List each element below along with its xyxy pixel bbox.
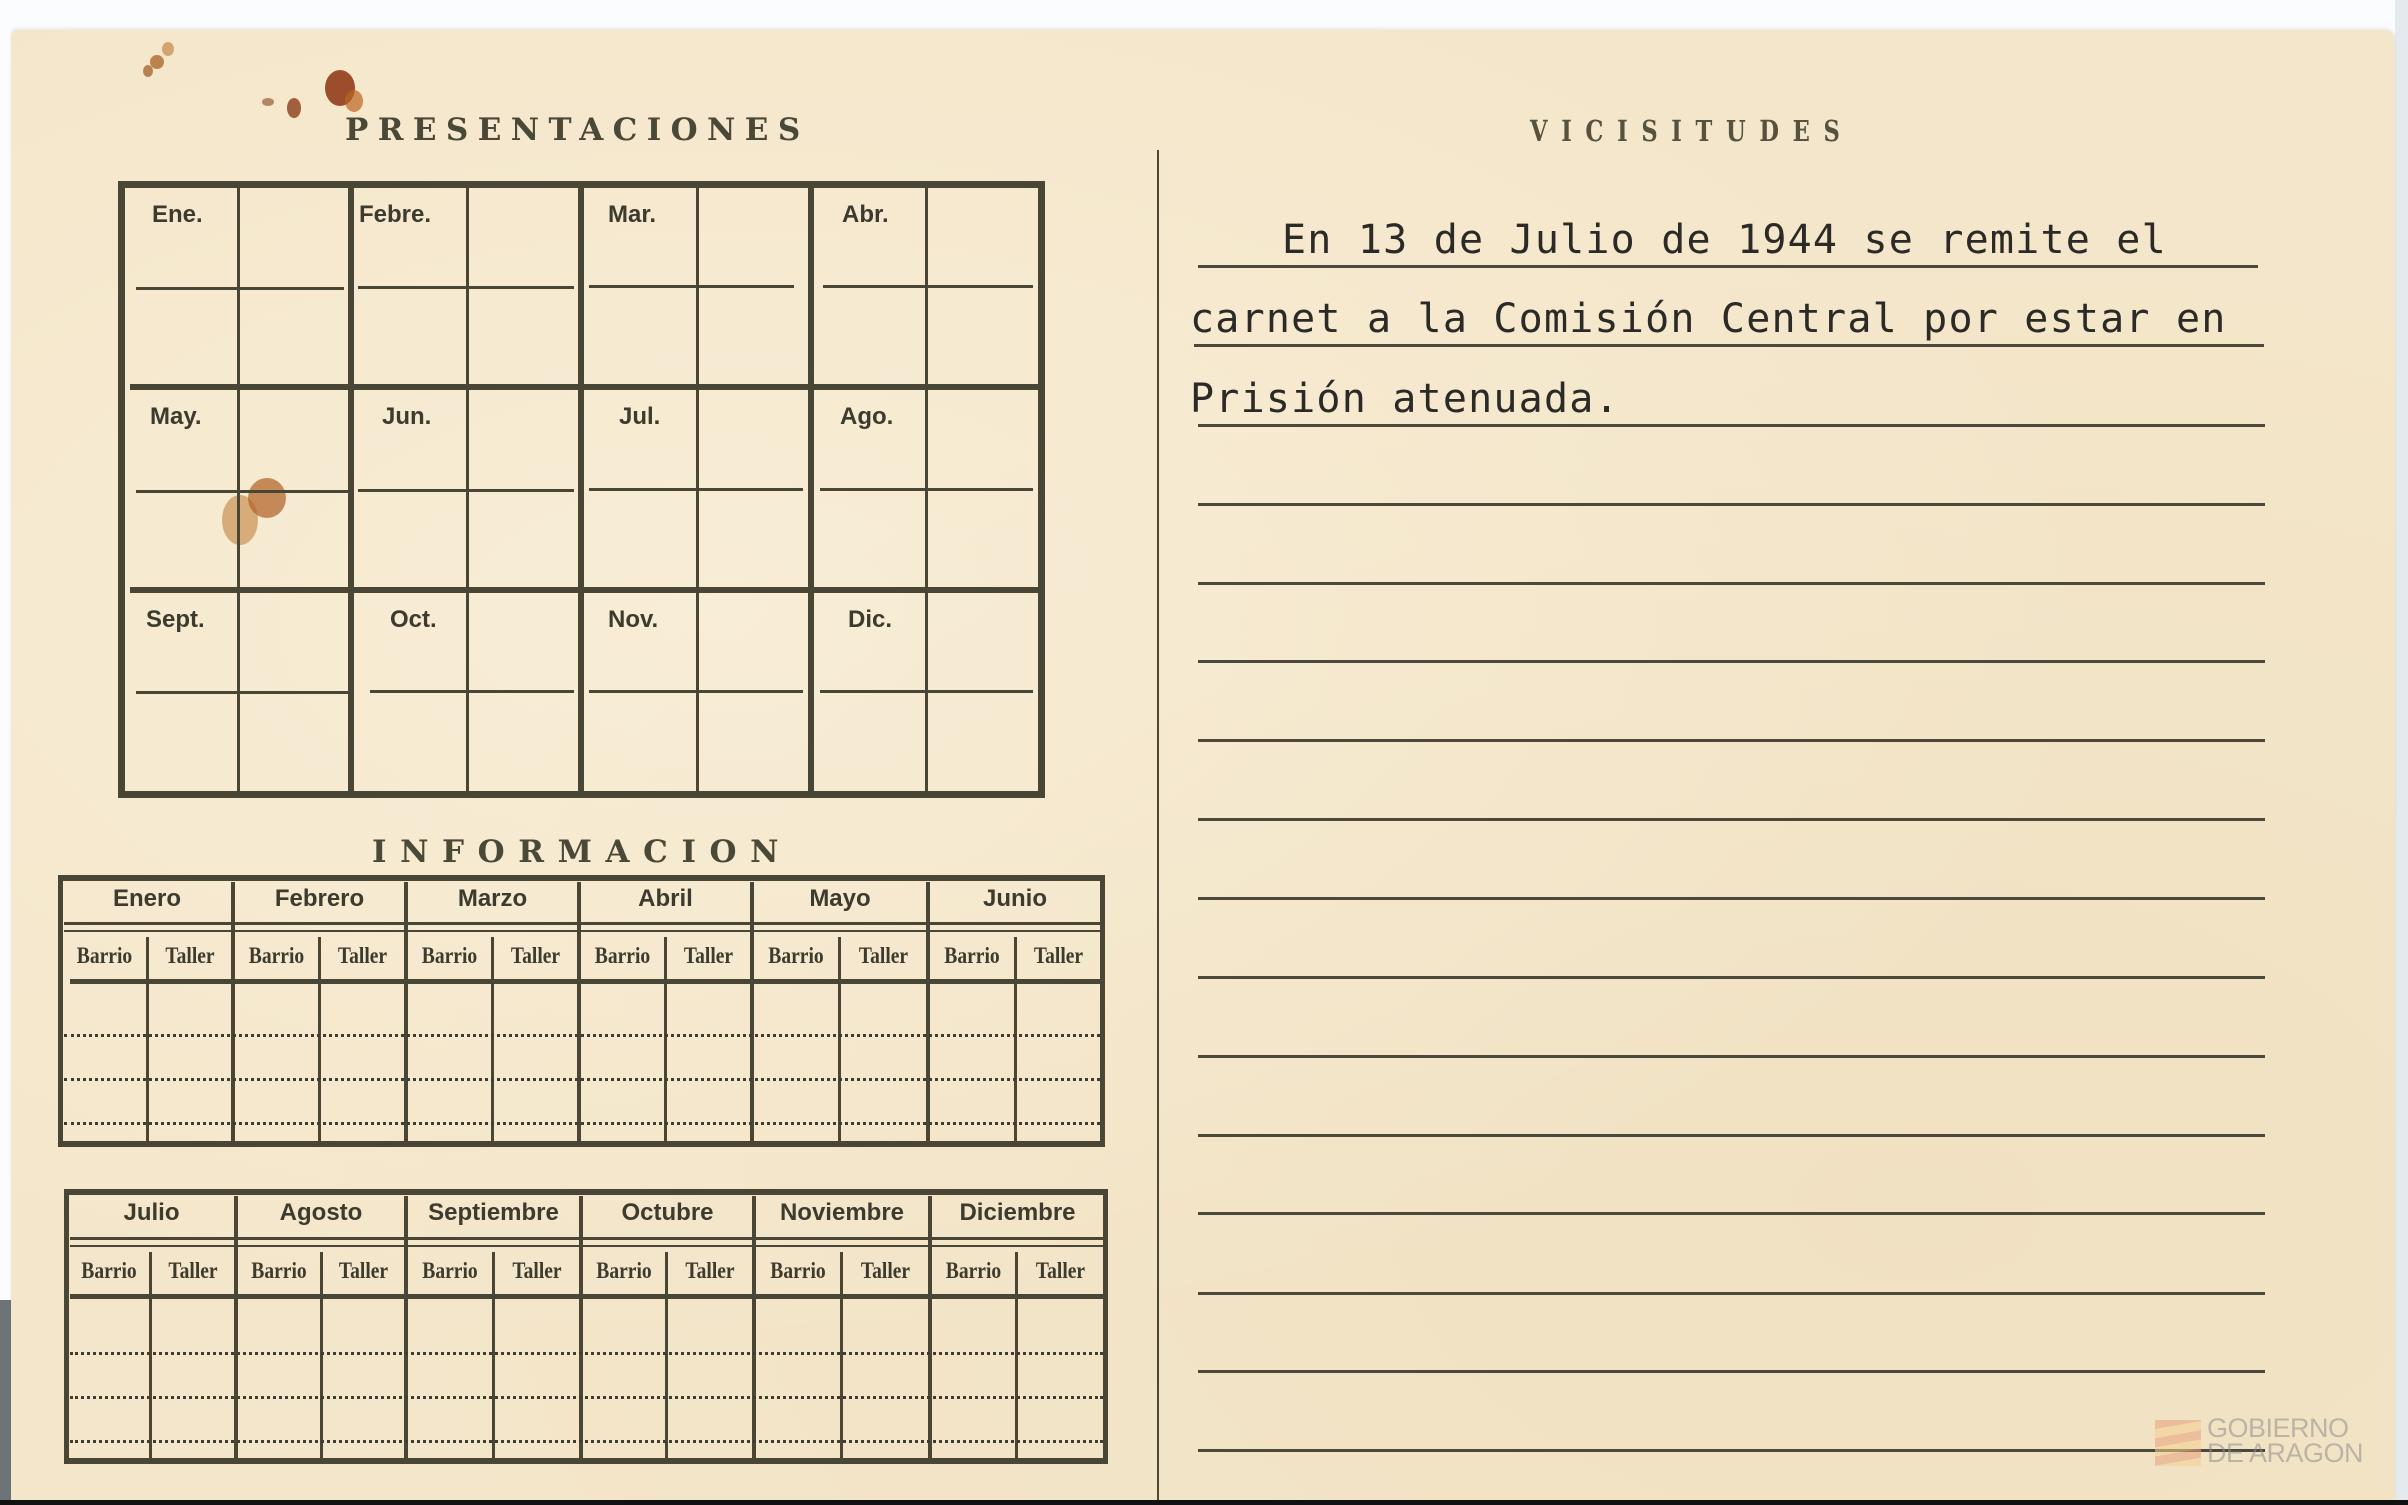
month-header-enero: Enero (63, 885, 231, 913)
header-double-line (70, 1245, 1103, 1247)
month-label-may: May. (150, 403, 202, 431)
table-border-top (58, 875, 1105, 881)
ruled-line (1198, 1449, 2265, 1452)
presentaciones-heading: PRESENTACIONES (345, 112, 810, 148)
ruled-line (1198, 265, 2258, 268)
grid-inner-h (589, 690, 803, 693)
subheader-barrio: Barrio (760, 943, 831, 969)
table-border-bottom (64, 1458, 1108, 1464)
month-label-mar: Mar. (608, 201, 656, 229)
month-header-mayo: Mayo (754, 885, 926, 913)
sub-divider (838, 937, 841, 1142)
sub-divider (665, 1252, 668, 1460)
scan-edge-bottom (0, 1500, 2408, 1505)
subheader-barrio: Barrio (244, 1258, 314, 1284)
grid-inner-h (370, 690, 574, 693)
scan-edge-right (2395, 0, 2408, 1505)
month-label-ago: Ago. (840, 403, 893, 431)
sub-divider (664, 937, 667, 1142)
subheader-barrio: Barrio (589, 1258, 659, 1284)
sub-divider (840, 1252, 843, 1460)
subheader-barrio: Barrio (587, 943, 658, 969)
table-border-left (64, 1189, 69, 1464)
table-border-top (64, 1189, 1108, 1195)
month-label-jun: Jun. (382, 403, 431, 431)
typed-line-3: Prisión atenuada. (1190, 376, 1620, 422)
subheader-taller: Taller (673, 943, 744, 969)
grid-inner-h (358, 489, 574, 492)
sub-divider (146, 937, 149, 1142)
sub-divider (491, 937, 494, 1142)
stain-spot (162, 42, 174, 56)
ruled-line (1198, 503, 2265, 506)
sub-divider (1015, 1252, 1018, 1460)
sub-divider (149, 1252, 152, 1460)
subheader-barrio: Barrio (241, 943, 312, 969)
ruled-line (1198, 582, 2265, 585)
month-label-jul: Jul. (619, 403, 660, 431)
grid-inner-h (823, 285, 1033, 288)
dotted-entry-line (64, 1078, 1100, 1081)
subheader-taller: Taller (327, 943, 398, 969)
ruled-line (1198, 660, 2265, 663)
aragon-flag-icon (2155, 1420, 2201, 1466)
subheader-taller: Taller (155, 943, 225, 969)
grid-inner-h (136, 691, 348, 694)
subheader-taller: Taller (849, 1258, 921, 1284)
vicisitudes-heading: VICISITUDES (1530, 114, 1854, 148)
section-divider (1157, 150, 1159, 1505)
watermark-line-2: DE ARAGON (2207, 1441, 2363, 1466)
month-header-julio: Julio (69, 1199, 234, 1227)
sub-divider (1014, 937, 1017, 1142)
table-border-left (58, 875, 63, 1147)
scan-edge-left (0, 1300, 11, 1500)
stain-spot (287, 98, 301, 118)
table-border-bottom (58, 1141, 1105, 1147)
month-label-abr: Abr. (842, 201, 889, 229)
ruled-line (1198, 1370, 2265, 1373)
month-divider (404, 1196, 408, 1460)
month-label-dic: Dic. (848, 606, 892, 634)
subheader-taller: Taller (500, 943, 571, 969)
month-divider (579, 1196, 583, 1460)
sub-divider (492, 1252, 495, 1460)
subheader-barrio: Barrio (69, 943, 140, 969)
grid-inner-h (589, 488, 803, 491)
subheader-underline (70, 979, 1100, 984)
subheader-barrio: Barrio (414, 1258, 485, 1284)
grid-inner-h (820, 690, 1033, 693)
header-double-line (64, 922, 1100, 925)
subheader-barrio: Barrio (762, 1258, 833, 1284)
grid-inner-h (820, 488, 1033, 491)
ruled-line (1198, 897, 2265, 900)
subheader-taller: Taller (501, 1258, 572, 1284)
subheader-taller: Taller (847, 943, 919, 969)
ruled-line (1198, 1134, 2265, 1137)
ruled-line (1198, 818, 2265, 821)
table-border-right (1103, 1189, 1108, 1464)
grid-border-left (118, 181, 125, 798)
month-header-octubre: Octubre (583, 1199, 752, 1227)
informacion-heading: INFORMACION (372, 834, 792, 870)
subheader-underline (70, 1294, 1103, 1299)
header-double-line (70, 1237, 1103, 1240)
ruled-line (1194, 344, 2264, 347)
typed-line-1: En 13 de Julio de 1944 se remite el (1282, 217, 2167, 263)
ruled-line (1198, 1212, 2265, 1215)
month-header-septiembre: Septiembre (408, 1199, 579, 1227)
grid-divider-v (348, 181, 354, 798)
subheader-taller: Taller (158, 1258, 228, 1284)
grid-inner-h (589, 285, 794, 288)
month-label-oct: Oct. (390, 606, 437, 634)
header-double-line (64, 930, 1100, 932)
ruled-line (1198, 976, 2265, 979)
ruled-line (1198, 1055, 2265, 1058)
subheader-barrio: Barrio (938, 1258, 1009, 1284)
dotted-entry-line (64, 1034, 1100, 1037)
table-border-right (1100, 875, 1105, 1147)
subheader-taller: Taller (1023, 943, 1094, 969)
stain-spot (143, 65, 153, 77)
subheader-taller: Taller (329, 1258, 398, 1284)
grid-divider-v (808, 181, 814, 798)
month-label-febre: Febre. (359, 201, 431, 229)
grid-inner-h (358, 286, 574, 289)
sub-divider (318, 937, 321, 1142)
subheader-barrio: Barrio (414, 943, 485, 969)
grid-inner-h (136, 287, 344, 290)
dotted-entry-line (70, 1396, 1103, 1399)
subheader-taller: Taller (674, 1258, 745, 1284)
subheader-barrio: Barrio (936, 943, 1007, 969)
month-divider (928, 1196, 932, 1460)
grid-divider-h (130, 384, 1045, 390)
dotted-entry-line (70, 1440, 1103, 1443)
month-header-agosto: Agosto (238, 1199, 404, 1227)
typed-line-2: carnet a la Comisión Central por estar e… (1190, 296, 2227, 342)
stain-spot (345, 90, 363, 112)
month-header-junio: Junio (930, 885, 1100, 913)
grid-divider-v (578, 181, 584, 798)
month-header-diciembre: Diciembre (932, 1199, 1103, 1227)
month-header-marzo: Marzo (408, 885, 577, 913)
month-header-abril: Abril (581, 885, 750, 913)
dotted-entry-line (70, 1352, 1103, 1355)
sub-divider (320, 1252, 323, 1460)
month-divider (752, 1196, 756, 1460)
month-label-nov: Nov. (608, 606, 658, 634)
stain-spot (262, 98, 274, 106)
ruled-line (1198, 1292, 2265, 1295)
month-label-ene: Ene. (152, 201, 203, 229)
month-divider (234, 1196, 238, 1460)
dotted-entry-line (64, 1122, 1100, 1125)
grid-inner-h (136, 490, 348, 493)
grid-divider-h (130, 587, 1045, 593)
ruled-line (1198, 424, 2265, 427)
month-header-noviembre: Noviembre (756, 1199, 928, 1227)
stain-spot (248, 478, 286, 518)
month-header-febrero: Febrero (235, 885, 404, 913)
month-label-sept: Sept. (146, 606, 205, 634)
ruled-line (1198, 739, 2265, 742)
subheader-barrio: Barrio (75, 1258, 143, 1284)
subheader-taller: Taller (1024, 1258, 1096, 1284)
gobierno-de-aragon-watermark: GOBIERNO DE ARAGON (2155, 1420, 2375, 1470)
grid-border-right (1038, 181, 1045, 798)
